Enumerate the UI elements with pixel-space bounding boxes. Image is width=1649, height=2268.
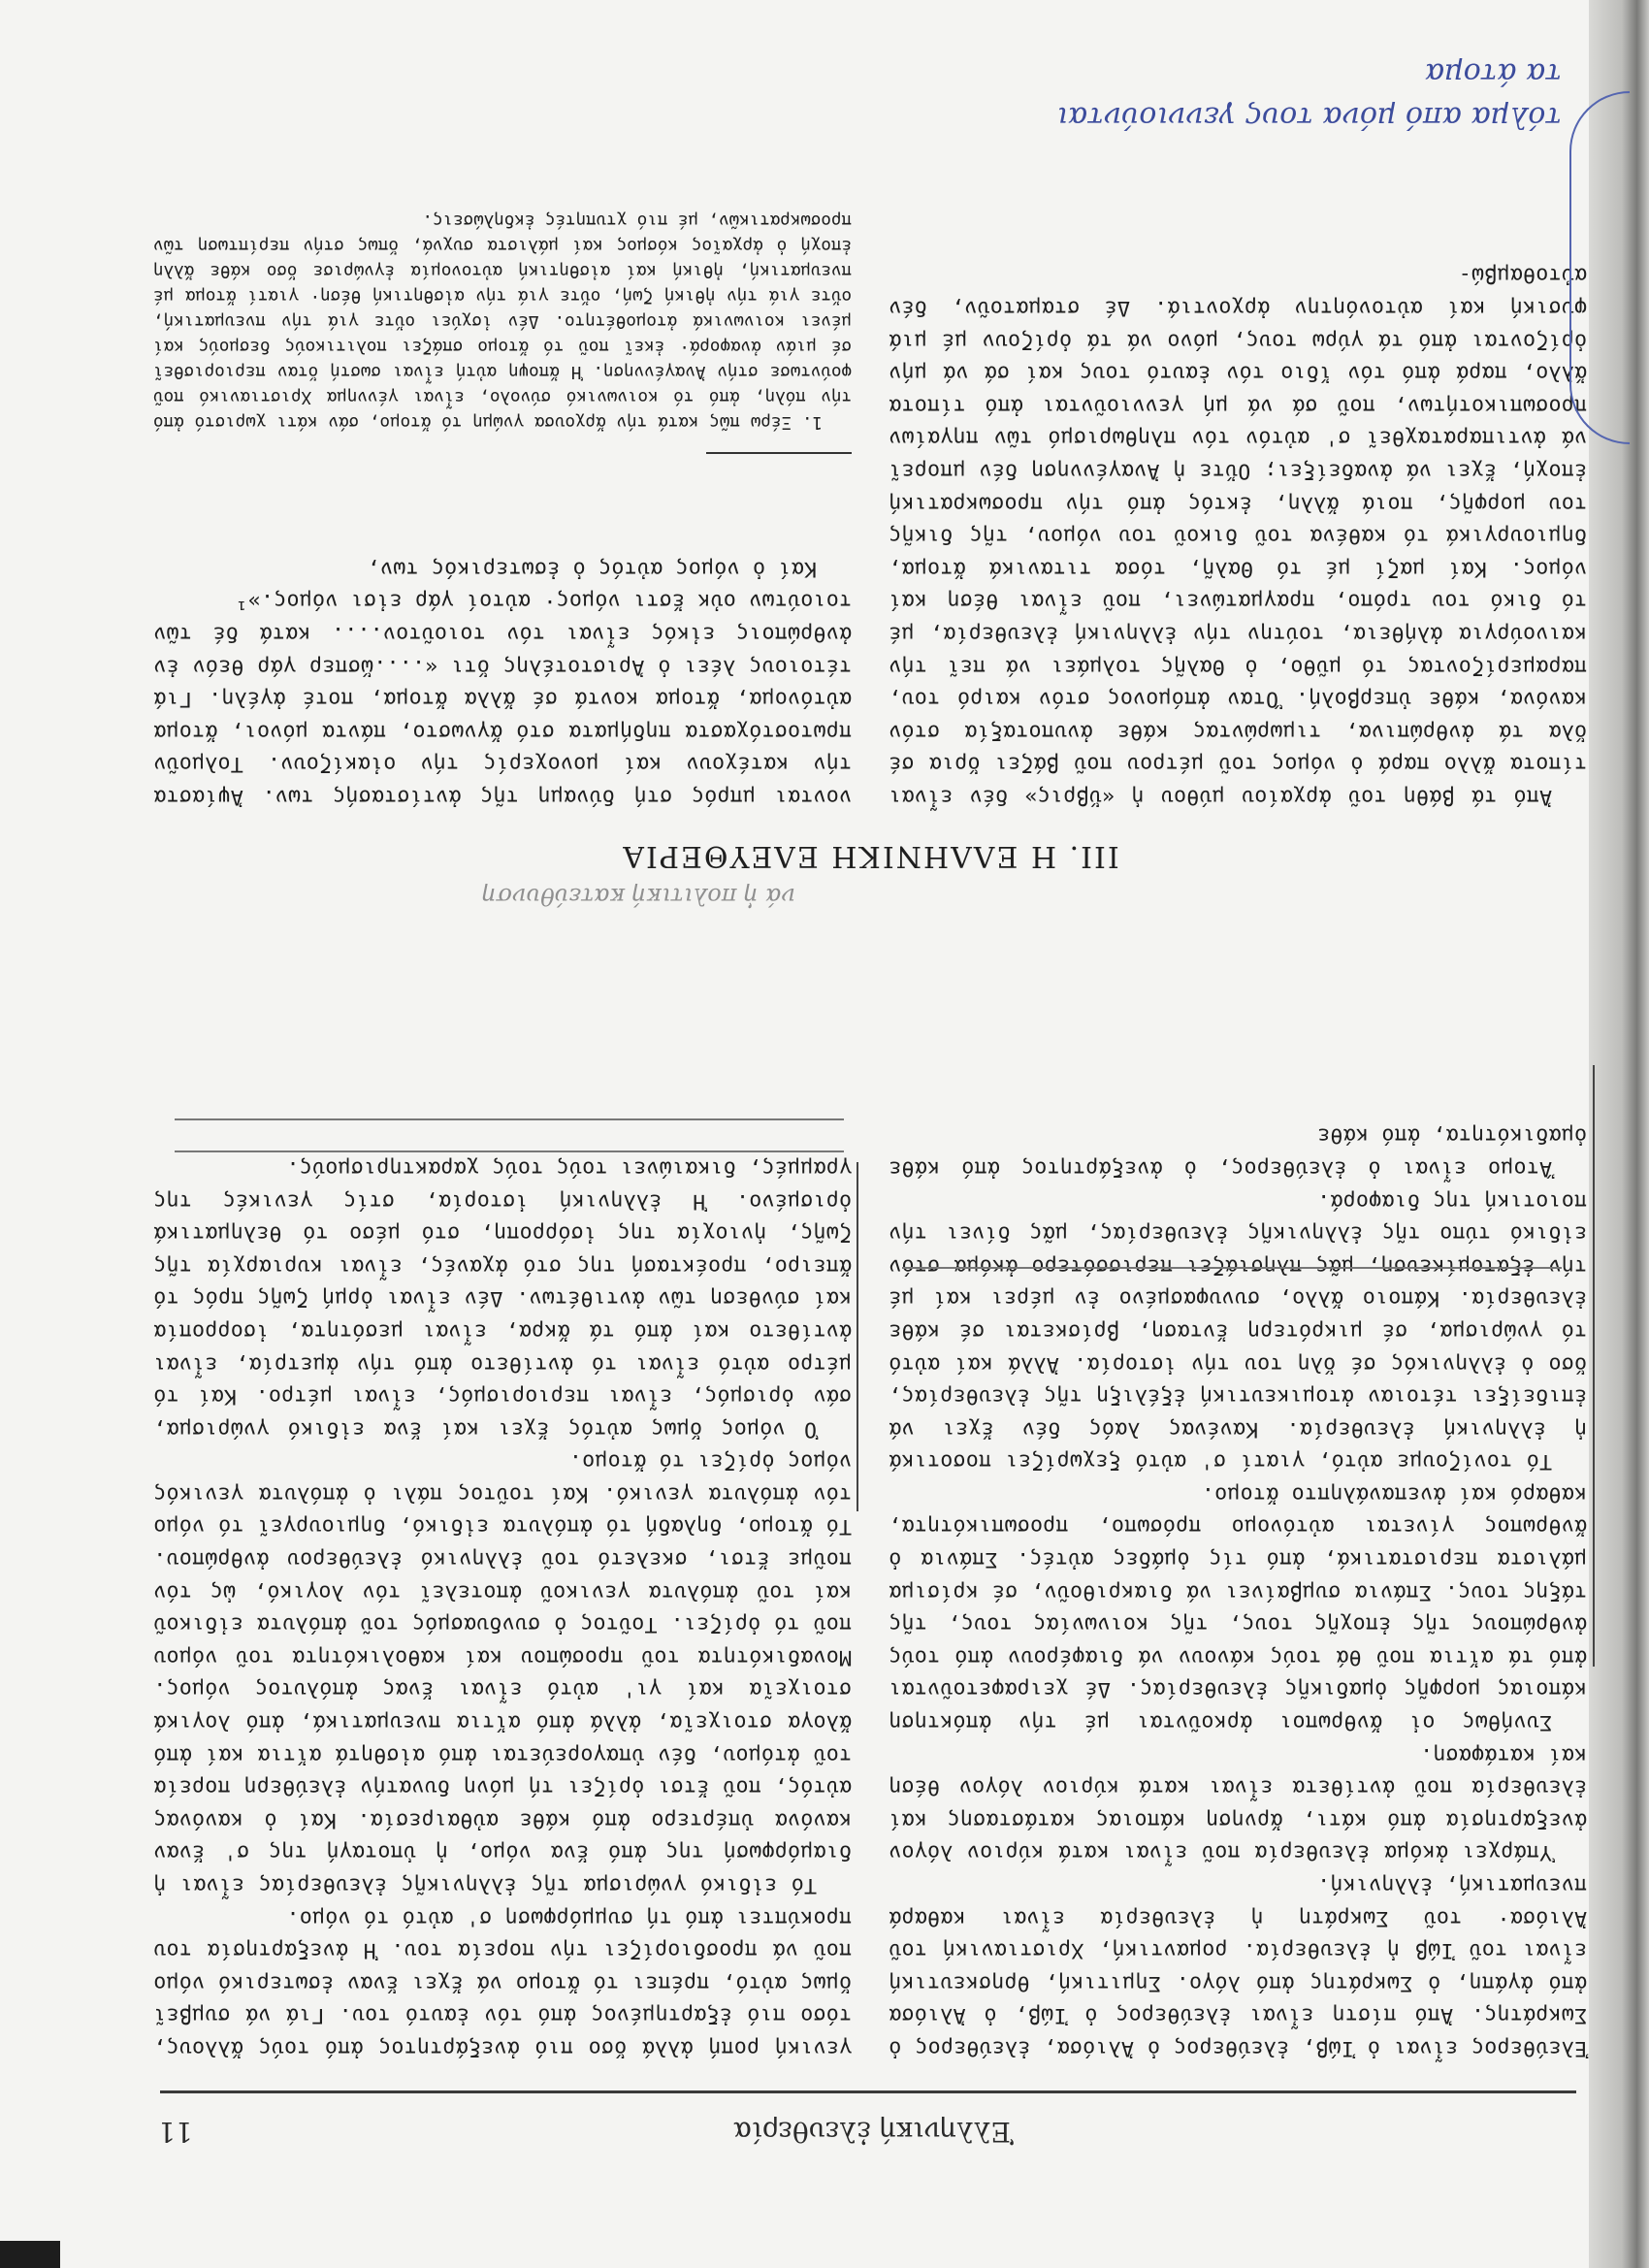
pen-annotation-line1: τόλμα από μόνα τους γεννιούνται	[1056, 100, 1562, 134]
scanned-page: Ἑλληνική ἐλευθερία 11 Ἐλεύθερος εἶναι ὁ …	[0, 0, 1649, 2268]
paragraph: Ἄτομο εἶναι ὁ ἐλεύθερος, ὁ ἀνεξάρτητος ἀ…	[889, 1119, 1587, 1184]
section-right-column: νονται μπρός στή δύναμη τῆς ἀντίστασής τ…	[153, 552, 852, 813]
paragraph: Τό εἰδικό γνώρισμα τῆς ἑλληνικῆς ἐλευθερ…	[153, 1445, 852, 1901]
paragraph: Ὑπάρχει ἀκόμα ἐλευθερία ποῦ εἶναι κατά κ…	[889, 1738, 1587, 1868]
running-head-title: Ἑλληνική ἐλευθερία	[158, 2116, 1589, 2148]
page-number: 11	[158, 2116, 193, 2148]
paragraph: Καί ὁ νόμος αὐτός ὁ ἐσωτερικός των,	[153, 552, 852, 585]
paragraph: Τό τονίζουμε αὐτό, γιατί σ' αὐτό ξεχωρίζ…	[889, 1184, 1587, 1477]
section-title: III. Η ΕΛΛΗΝΙΚΗ ΕΛΕΥΘΕΡΙΑ	[153, 839, 1587, 873]
section-left-column: Ἀπό τά βάθη τοῦ ἀρχαίου μύθου ἡ «ὕβρις» …	[889, 259, 1587, 813]
footnote-text: 1. Ξέρω πῶς κατά τήν ἄρχουσα γνώμη τό ἄτ…	[153, 208, 852, 435]
header-rule	[160, 2090, 1576, 2093]
pencil-annotation: νά ἡ πολιτική κατεύθυνση	[482, 883, 795, 910]
footnote: 1. Ξέρω πῶς κατά τήν ἄρχουσα γνώμη τό ἄτ…	[153, 208, 852, 435]
upper-left-column: Ἐλεύθερος εἶναι ὁ Ἰώβ, ἐλεύθερος ὁ Ἀλιόσ…	[889, 1119, 1587, 2064]
upper-right-column: γενική ροπή ἀλλά ὅσο πιό ἀνεξάρτητος ἀπό…	[153, 1151, 852, 2064]
pen-bracket-mark	[1569, 91, 1630, 444]
paragraph: Ὁ νόμος ὅμως αὐτός ἔχει καί ἕνα εἰδικό γ…	[153, 1151, 852, 1444]
running-head: Ἑλληνική ἐλευθερία 11	[158, 2109, 1589, 2148]
paragraph: γενική ροπή ἀλλά ὅσο πιό ἀνεξάρτητος ἀπό…	[153, 1901, 852, 2064]
paragraph: Ἐλεύθερος εἶναι ὁ Ἰώβ, ἐλεύθερος ὁ Ἀλιόσ…	[889, 1868, 1587, 2064]
margin-bar-left	[1593, 1065, 1595, 1667]
footnote-rule	[706, 452, 852, 454]
paragraph: νονται μπρός στή δύναμη τῆς ἀντίστασής τ…	[153, 585, 852, 813]
pencil-underline	[175, 1118, 844, 1120]
margin-bar-right	[857, 1162, 858, 1511]
pencil-underline	[902, 1267, 1562, 1269]
paragraph: Συνήθως οἱ ἄνθρωποι ἀρκοῦνται μέ τήν ἀπό…	[889, 1477, 1587, 1738]
pencil-underline	[175, 1150, 844, 1152]
pen-annotation-line2: τα άτομα	[1425, 56, 1562, 90]
paragraph: Ἀπό τά βάθη τοῦ ἀρχαίου μύθου ἡ «ὕβρις» …	[889, 259, 1587, 813]
